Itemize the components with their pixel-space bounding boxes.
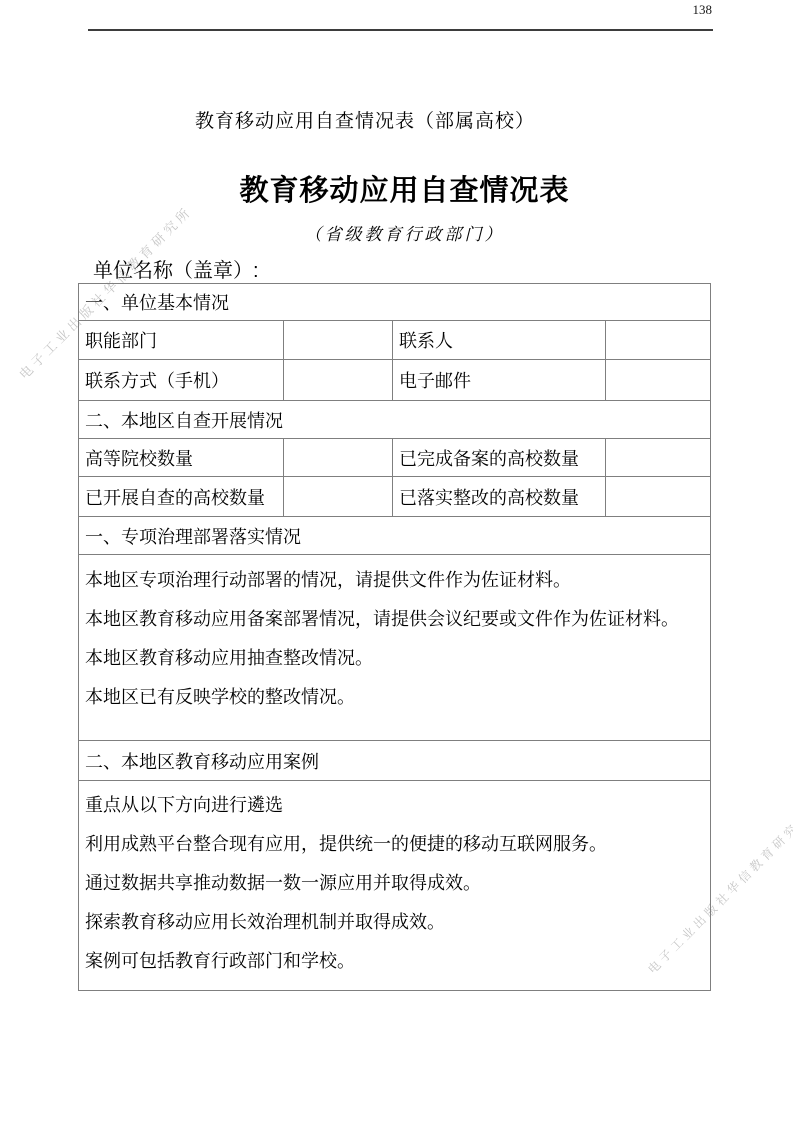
section-selfcheck-title-row: 二、本地区自查开展情况: [79, 401, 711, 439]
block-line: 案例可包括教育行政部门和学校。: [85, 951, 710, 972]
section-title: 二、本地区自查开展情况: [79, 401, 711, 439]
section-title: 一、单位基本情况: [79, 284, 711, 321]
form-title: 教育移动应用自查情况表: [16, 168, 793, 209]
table-row: 已开展自查的高校数量 已落实整改的高校数量: [79, 477, 711, 517]
cell-value: [284, 321, 393, 360]
section-basic-title-row: 一、单位基本情况: [79, 284, 711, 321]
cell-label: 已开展自查的高校数量: [79, 477, 284, 517]
block-line: 利用成熟平台整合现有应用，提供统一的便捷的移动互联网服务。: [85, 834, 710, 855]
cell-value: [606, 321, 711, 360]
cell-value: [284, 477, 393, 517]
cell-label: 高等院校数量: [79, 439, 284, 477]
cell-label: 电子邮件: [393, 360, 606, 401]
table-row: 高等院校数量 已完成备案的高校数量: [79, 439, 711, 477]
section-deploy-title-row: 一、专项治理部署落实情况: [79, 517, 711, 555]
block-line: 本地区已有反映学校的整改情况。: [85, 687, 710, 708]
section-title: 一、专项治理部署落实情况: [79, 517, 711, 555]
block-line: 本地区教育移动应用抽查整改情况。: [85, 648, 710, 669]
block-line: 本地区教育移动应用备案部署情况，请提供会议纪要或文件作为佐证材料。: [85, 609, 710, 630]
cell-label: 已完成备案的高校数量: [393, 439, 606, 477]
block-line: 通过数据共享推动数据一数一源应用并取得成效。: [85, 873, 710, 894]
cell-value: [284, 360, 393, 401]
cell-value: [606, 360, 711, 401]
page-number: 138: [640, 2, 712, 18]
unit-name-label: 单位名称（盖章）:: [93, 254, 259, 283]
block-line: 重点从以下方向进行遴选: [85, 795, 710, 816]
cell-value: [606, 477, 711, 517]
section-cases-block-row: 重点从以下方向进行遴选 利用成熟平台整合现有应用，提供统一的便捷的移动互联网服务…: [79, 781, 711, 991]
cell-label: 职能部门: [79, 321, 284, 360]
section-deploy-block-row: 本地区专项治理行动部署的情况，请提供文件作为佐证材料。 本地区教育移动应用备案部…: [79, 555, 711, 741]
doc-heading: 教育移动应用自查情况表（部属高校）: [195, 106, 535, 133]
cell-value: [284, 439, 393, 477]
form-subtitle: （省级教育行政部门）: [16, 220, 793, 245]
document-page: 电子工业出版社华信教育研究所 电子工业出版社华信教育研究所 138 教育移动应用…: [0, 0, 793, 1122]
cell-label: 联系人: [393, 321, 606, 360]
block-line: 本地区专项治理行动部署的情况，请提供文件作为佐证材料。: [85, 570, 710, 591]
self-inspection-table: 一、单位基本情况 职能部门 联系人 联系方式（手机） 电子邮件 二、本地区自查开…: [78, 283, 711, 991]
cell-label: 已落实整改的高校数量: [393, 477, 606, 517]
section-title: 二、本地区教育移动应用案例: [79, 741, 711, 781]
header-rule: [88, 29, 713, 31]
section-cases-block: 重点从以下方向进行遴选 利用成熟平台整合现有应用，提供统一的便捷的移动互联网服务…: [79, 781, 711, 991]
table-row: 职能部门 联系人: [79, 321, 711, 360]
section-cases-title-row: 二、本地区教育移动应用案例: [79, 741, 711, 781]
block-line: 探索教育移动应用长效治理机制并取得成效。: [85, 912, 710, 933]
cell-label: 联系方式（手机）: [79, 360, 284, 401]
cell-value: [606, 439, 711, 477]
section-deploy-block: 本地区专项治理行动部署的情况，请提供文件作为佐证材料。 本地区教育移动应用备案部…: [79, 555, 711, 741]
table-row: 联系方式（手机） 电子邮件: [79, 360, 711, 401]
